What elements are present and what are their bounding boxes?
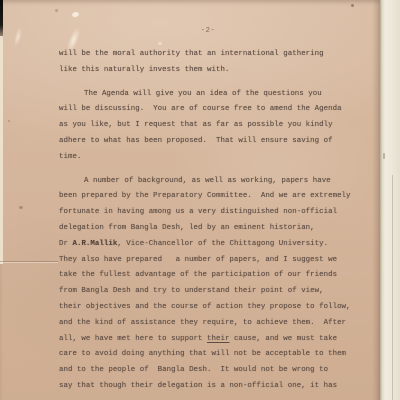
- ink-speck: [351, 4, 354, 7]
- paper-fleck: [55, 9, 58, 12]
- typed-line: The Agenda will give you an idea of the …: [59, 87, 359, 103]
- typed-line: and to the people of Bangla Desh. It wou…: [59, 363, 359, 379]
- paper-left-edge-sliver: [0, 36, 3, 264]
- typed-line: time.: [59, 150, 359, 166]
- typed-text-body: will be the moral authority that an inte…: [59, 47, 359, 395]
- typed-line: A number of background, as well as worki…: [59, 174, 359, 190]
- paper-crease: [0, 261, 58, 262]
- typed-line-mallik: Dr A.R.Mallik, Vice-Chancellor of the Ch…: [59, 237, 359, 253]
- typed-line: delegation from Bangla Desh, led by an e…: [59, 221, 359, 237]
- typed-line: as you like, but I request that as far a…: [59, 118, 359, 134]
- typed-line: take the fullest advantage of the partic…: [59, 268, 359, 284]
- ink-speck: [19, 206, 23, 209]
- paper-fleck: [158, 42, 162, 45]
- their-pre: all, we have met here to support: [59, 335, 207, 343]
- typed-line-their-underlined: all, we have met here to support their c…: [59, 332, 359, 348]
- backing-fold-line: [392, 175, 393, 400]
- typed-line: will be discussing. You are of course fr…: [59, 102, 359, 118]
- typed-line: their objectives and the course of actio…: [59, 300, 359, 316]
- typed-line: will be the moral authority that an inte…: [59, 47, 359, 63]
- typed-line: adhere to what has been proposed. That w…: [59, 134, 359, 150]
- backing-mark: [383, 153, 385, 159]
- paragraph-background-papers: A number of background, as well as worki…: [59, 174, 359, 395]
- typed-line: They also have prepared a number of pape…: [59, 253, 359, 269]
- typed-line: been prepared by the Preparatory Committ…: [59, 189, 359, 205]
- ink-speck: [8, 120, 10, 122]
- backing-page-strip: [380, 0, 400, 400]
- scanned-letter-page: -2- will be the moral authority that an …: [0, 0, 400, 400]
- typed-line: like this naturally invests them with.: [59, 63, 359, 79]
- mallik-pre: Dr: [59, 240, 72, 248]
- paragraph-agenda: The Agenda will give you an idea of the …: [59, 87, 359, 166]
- their-underlined-word: their: [207, 335, 229, 343]
- typed-line: say that though their delegation is a no…: [59, 379, 359, 395]
- typed-line: and the kind of assistance they require,…: [59, 316, 359, 332]
- their-post: cause, and we must take: [229, 335, 337, 343]
- paragraph-moral-authority: will be the moral authority that an inte…: [59, 47, 359, 79]
- mallik-post: , Vice-Chancellor of the Chittagong Univ…: [117, 240, 328, 248]
- typed-line: fortunate in having among us a very dist…: [59, 205, 359, 221]
- paper-edge-shadow: [372, 0, 380, 400]
- page-number: -2-: [138, 27, 278, 35]
- typed-line: from Bangla Desh and try to understand t…: [59, 284, 359, 300]
- typed-line: care to avoid doing anything that will n…: [59, 347, 359, 363]
- mallik-name: A.R.Mallik: [72, 240, 117, 248]
